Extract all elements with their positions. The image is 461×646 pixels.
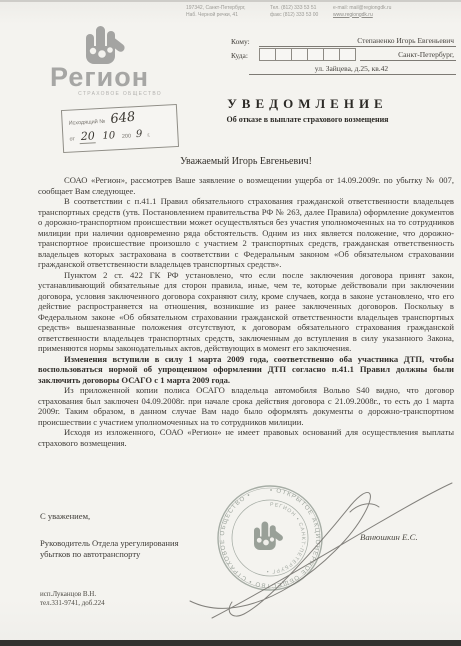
outgoing-number-handwritten: 648 <box>109 110 135 128</box>
outgoing-number-stamp: Исходящий № 648 от 20 10 2009 г. <box>61 104 179 153</box>
executor-footer: исп.Луканцов В.Н. тел.331-9741, доб.224 <box>40 590 105 608</box>
recipient-street: ул. Зайцева, д.25, кв.42 <box>249 64 456 75</box>
scan-bottom-edge <box>0 640 461 646</box>
recipient-city-row: Куда: Санкт-Петербург, <box>231 47 456 61</box>
salutation: Уважаемый Игорь Евгеньевич! <box>38 156 454 167</box>
letter-title: УВЕДОМЛЕНИЕ <box>170 96 445 112</box>
postal-cell <box>308 49 324 60</box>
paragraph-5: Из приложенной копии полиса ОСАГО владел… <box>38 385 454 427</box>
executor-name: исп.Луканцов В.Н. <box>40 590 105 599</box>
scanned-letter-page: 197342, Санкт-Петербург, Наб. Черной реч… <box>0 0 461 646</box>
logo-wordmark: Регион <box>50 64 162 90</box>
postal-index-boxes <box>259 48 356 61</box>
postal-cell <box>260 49 276 60</box>
scan-top-edge <box>0 0 461 2</box>
company-web-block: e-mail: mail@regiongdk.ru www.regiongdk.… <box>333 5 453 18</box>
company-logo: Регион СТРАХОВОЕ ОБЩЕСТВО <box>50 24 162 97</box>
paragraph-2: В соответствии с п.41.1 Правил обязатель… <box>38 196 454 270</box>
stamp-date-row: от 20 10 2009 г. <box>69 125 172 144</box>
seal-center-hand-emblem <box>254 522 284 551</box>
outgoing-label: Исходящий № <box>69 119 106 127</box>
paragraph-6: Исходя из изложенного, СОАО «Регион» не … <box>38 427 454 448</box>
website-link: www.regiongdk.ru <box>333 12 453 19</box>
letter-title-block: УВЕДОМЛЕНИЕ Об отказе в выплате страхово… <box>170 96 445 124</box>
date-suffix: г. <box>147 132 150 138</box>
letter-body: СОАО «Регион», рассмотрев Ваше заявление… <box>38 175 454 448</box>
executor-phone: тел.331-9741, доб.224 <box>40 599 105 608</box>
address-line-2: Наб. Черной речки, 41 <box>186 12 268 19</box>
paragraph-3: Пунктом 2 ст. 422 ГК РФ установлено, что… <box>38 270 454 354</box>
signer-position: Руководитель Отдела урегулирования убытк… <box>40 538 179 560</box>
hand-logo-icon <box>82 24 134 66</box>
fax-line: факс (812) 333 53 00 <box>270 12 330 19</box>
recipient-city: Санкт-Петербург, <box>360 50 456 61</box>
date-month-handwritten: 10 <box>101 130 118 142</box>
signer-position-line-1: Руководитель Отдела урегулирования <box>40 538 179 549</box>
where-label: Куда: <box>231 51 259 61</box>
year-handwritten: 9 <box>136 129 143 140</box>
postal-cell <box>340 49 355 60</box>
year-printed: 200 <box>122 133 131 139</box>
postal-cell <box>324 49 340 60</box>
company-phone-block: Тел. (812) 333 53 51 факс (812) 333 53 0… <box>270 5 330 18</box>
recipient-street-row: ул. Зайцева, д.25, кв.42 <box>249 61 456 75</box>
signer-position-line-2: убытков по автотранспорту <box>40 549 179 560</box>
postal-cell <box>276 49 292 60</box>
to-label: Кому: <box>231 37 259 47</box>
signer-name: Ванюшкин Е.С. <box>360 532 418 542</box>
paragraph-1: СОАО «Регион», рассмотрев Ваше заявление… <box>38 175 454 196</box>
round-company-seal: • ОТКРЫТОЕ АКЦИОНЕРНОЕ ОБЩЕСТВО • СТРАХО… <box>212 480 328 596</box>
postal-cell <box>292 49 308 60</box>
date-prefix: от <box>69 136 75 142</box>
recipient-name: Степаненко Игорь Евгеньевич <box>259 36 456 47</box>
date-day-handwritten: 20 <box>79 129 96 144</box>
closing-line: С уважением, <box>40 511 90 521</box>
letter-subtitle: Об отказе в выплате страхового возмещени… <box>170 115 445 124</box>
company-address-block: 197342, Санкт-Петербург, Наб. Черной реч… <box>186 5 268 18</box>
recipient-block: Кому: Степаненко Игорь Евгеньевич Куда: … <box>231 33 456 75</box>
recipient-name-row: Кому: Степаненко Игорь Евгеньевич <box>231 33 456 47</box>
paragraph-4-bold: Изменения вступили в силу 1 марта 2009 г… <box>38 354 454 386</box>
